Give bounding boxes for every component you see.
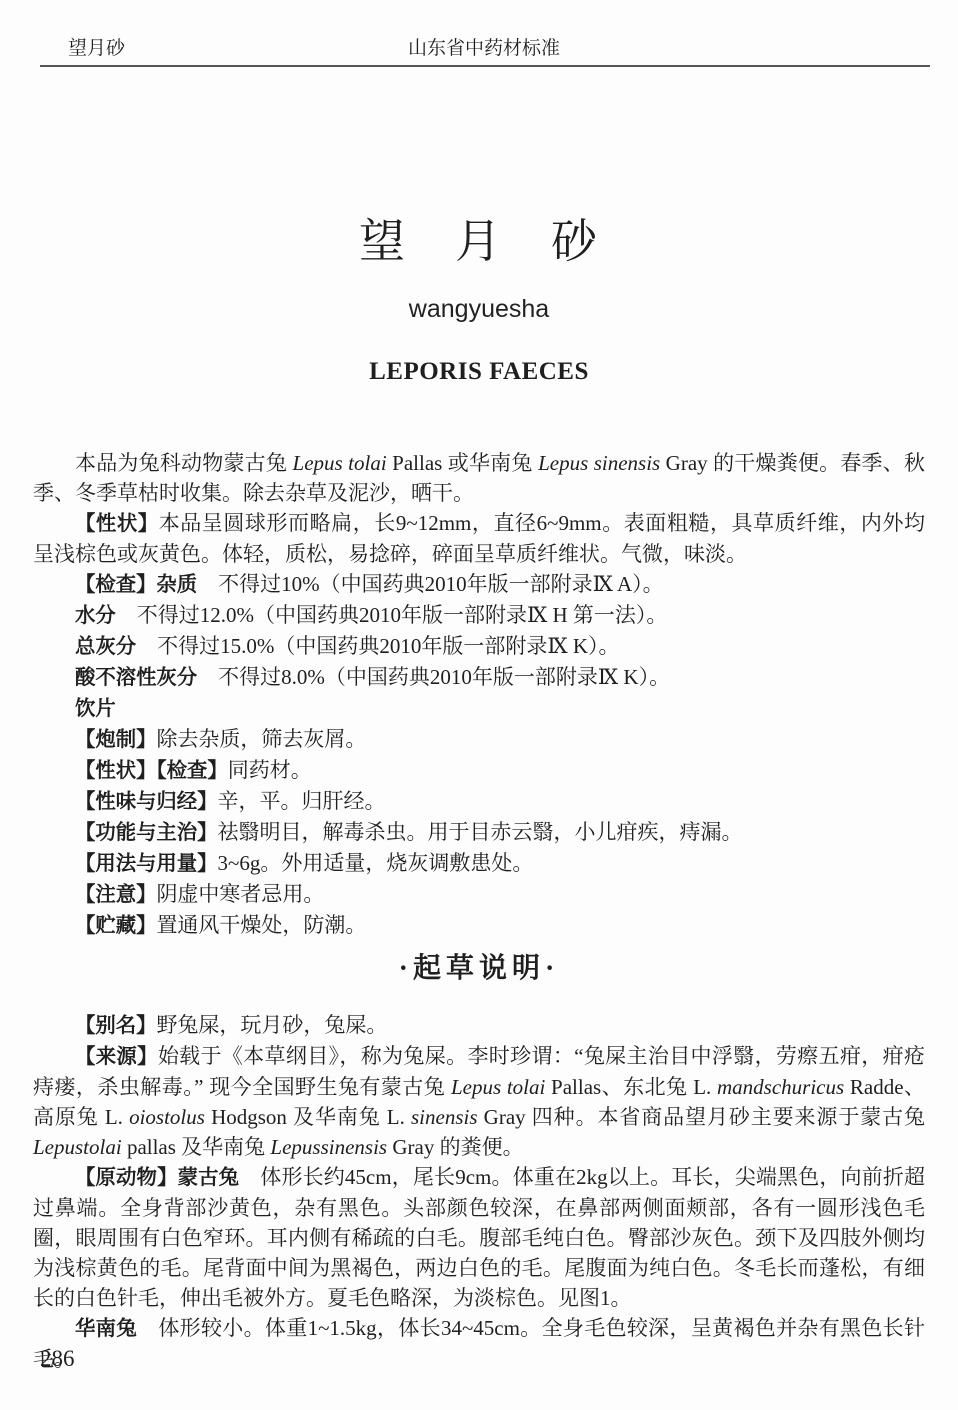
paragraph: 【用法与用量】3~6g。外用适量，烧灰调敷患处。 bbox=[33, 848, 925, 879]
text-run: 本品为兔科动物蒙古兔 bbox=[75, 451, 293, 475]
latin-species-name: Lepus tolai bbox=[293, 451, 387, 475]
paragraph: 【别名】野兔屎，玩月砂，兔屎。 bbox=[33, 1010, 925, 1041]
paragraph: 【原动物】蒙古兔 体形长约45cm，尾长9cm。体重在2kg以上。耳长，尖端黑色… bbox=[33, 1162, 925, 1313]
latin-species-name: Lepustolai bbox=[33, 1135, 122, 1159]
paragraph: 【注意】阴虚中寒者忌用。 bbox=[33, 879, 925, 910]
text-run: 不得过10%（中国药典2010年版一部附录Ⅸ A）。 bbox=[197, 572, 664, 596]
page-number: 286 bbox=[40, 1346, 75, 1372]
section-label: 【炮制】 bbox=[75, 729, 156, 751]
text-run: Pallas 或华南兔 bbox=[387, 451, 538, 475]
paragraph: 【炮制】除去杂质，筛去灰屑。 bbox=[33, 724, 925, 755]
section-label: 华南兔 bbox=[75, 1318, 137, 1340]
paragraph: 本品为兔科动物蒙古兔 Lepus tolai Pallas 或华南兔 Lepus… bbox=[33, 448, 925, 508]
running-header-center: 山东省中药材标准 bbox=[40, 38, 928, 60]
text-run: 3~6g。外用适量，烧灰调敷患处。 bbox=[218, 851, 534, 875]
section-label: 【检查】杂质 bbox=[75, 574, 197, 596]
section-label: 【性状】 bbox=[75, 513, 159, 535]
section-label: 【性味与归经】 bbox=[75, 791, 218, 813]
document-page: 望月砂 山东省中药材标准 望 月 砂 wangyuesha LEPORIS FA… bbox=[0, 0, 958, 1410]
section-label: 【功能与主治】 bbox=[75, 822, 218, 844]
paragraph: 总灰分 不得过15.0%（中国药典2010年版一部附录Ⅸ K）。 bbox=[33, 631, 925, 662]
text-run: 本品呈圆球形而略扁，长9~12mm，直径6~9mm。表面粗糙，具草质纤维，内外均… bbox=[33, 511, 925, 566]
text-run: 不得过12.0%（中国药典2010年版一部附录Ⅸ H 第一法）。 bbox=[116, 603, 668, 627]
section-label: 【来源】 bbox=[75, 1046, 158, 1068]
text-run: 除去杂质，筛去灰屑。 bbox=[156, 727, 366, 751]
section-label: 水分 bbox=[75, 605, 116, 627]
paragraph: 【检查】杂质 不得过10%（中国药典2010年版一部附录Ⅸ A）。 bbox=[33, 569, 925, 600]
text-run: 野兔屎，玩月砂，兔屎。 bbox=[156, 1013, 387, 1037]
page-title-latin: LEPORIS FAECES bbox=[0, 358, 958, 386]
latin-species-name: oiostolus bbox=[129, 1105, 205, 1129]
paragraph: 【性状】【检查】同药材。 bbox=[33, 755, 925, 786]
paragraph: 饮片 bbox=[33, 693, 925, 724]
text-run: 置通风干燥处，防潮。 bbox=[156, 913, 366, 937]
paragraph: 水分 不得过12.0%（中国药典2010年版一部附录Ⅸ H 第一法）。 bbox=[33, 600, 925, 631]
text-run: pallas 及华南兔 bbox=[122, 1135, 271, 1159]
section-label: 酸不溶性灰分 bbox=[75, 667, 197, 689]
paragraph: 【性味与归经】辛，平。归肝经。 bbox=[33, 786, 925, 817]
monograph-body: 本品为兔科动物蒙古兔 Lepus tolai Pallas 或华南兔 Lepus… bbox=[33, 448, 925, 941]
latin-species-name: Lepus sinensis bbox=[538, 451, 660, 475]
section-label: 【用法与用量】 bbox=[75, 853, 218, 875]
text-run: Gray 的粪便。 bbox=[387, 1135, 523, 1159]
draft-note-heading: ·起草说明· bbox=[0, 946, 958, 986]
section-label: 饮片 bbox=[75, 698, 116, 720]
section-label: 【原动物】蒙古兔 bbox=[75, 1167, 239, 1189]
paragraph: 华南兔 体形较小。体重1~1.5kg，体长34~45cm。全身毛色较深，呈黄褐色… bbox=[33, 1313, 925, 1374]
text-run: 阴虚中寒者忌用。 bbox=[156, 882, 324, 906]
text-run: Pallas、东北兔 L. bbox=[545, 1075, 717, 1099]
text-run: 不得过8.0%（中国药典2010年版一部附录Ⅸ K）。 bbox=[197, 665, 670, 689]
section-label: 【别名】 bbox=[75, 1015, 156, 1037]
page-title-chinese: 望 月 砂 bbox=[0, 205, 958, 271]
text-run: 体形较小。体重1~1.5kg，体长34~45cm。全身毛色较深，呈黄褐色并杂有黑… bbox=[33, 1316, 925, 1371]
section-label: 总灰分 bbox=[75, 636, 136, 658]
paragraph: 【贮藏】置通风干燥处，防潮。 bbox=[33, 910, 925, 941]
header-divider bbox=[40, 65, 930, 67]
paragraph: 酸不溶性灰分 不得过8.0%（中国药典2010年版一部附录Ⅸ K）。 bbox=[33, 662, 925, 693]
latin-species-name: sinensis bbox=[411, 1105, 478, 1129]
latin-species-name: Lepussinensis bbox=[270, 1135, 387, 1159]
text-run: 辛，平。归肝经。 bbox=[218, 789, 386, 813]
paragraph: 【性状】本品呈圆球形而略扁，长9~12mm，直径6~9mm。表面粗糙，具草质纤维… bbox=[33, 508, 925, 569]
latin-species-name: mandschuricus bbox=[717, 1075, 844, 1099]
text-run: Hodgson 及华南兔 L. bbox=[205, 1105, 411, 1129]
section-label: 【贮藏】 bbox=[75, 915, 156, 937]
paragraph: 【功能与主治】祛翳明目，解毒杀虫。用于目赤云翳，小儿疳疾，痔漏。 bbox=[33, 817, 925, 848]
running-header: 望月砂 山东省中药材标准 bbox=[40, 38, 928, 68]
paragraph: 【来源】始载于《本草纲目》，称为兔屎。李时珍谓：“兔屎主治目中浮翳，劳瘵五疳，疳… bbox=[33, 1041, 925, 1162]
text-run: 祛翳明目，解毒杀虫。用于目赤云翳，小儿疳疾，痔漏。 bbox=[218, 820, 743, 844]
page-title-pinyin: wangyuesha bbox=[0, 295, 958, 324]
section-label: 【性状】【检查】 bbox=[75, 760, 228, 782]
section-label: 【注意】 bbox=[75, 884, 156, 906]
latin-species-name: Lepus tolai bbox=[451, 1075, 545, 1099]
text-run: 不得过15.0%（中国药典2010年版一部附录Ⅸ K）。 bbox=[136, 634, 619, 658]
text-run: Gray 四种。本省商品望月砂主要来源于蒙古兔 bbox=[478, 1105, 925, 1129]
text-run: 同药材。 bbox=[228, 758, 312, 782]
draft-note-body: 【别名】野兔屎，玩月砂，兔屎。【来源】始载于《本草纲目》，称为兔屎。李时珍谓：“… bbox=[33, 1010, 925, 1374]
